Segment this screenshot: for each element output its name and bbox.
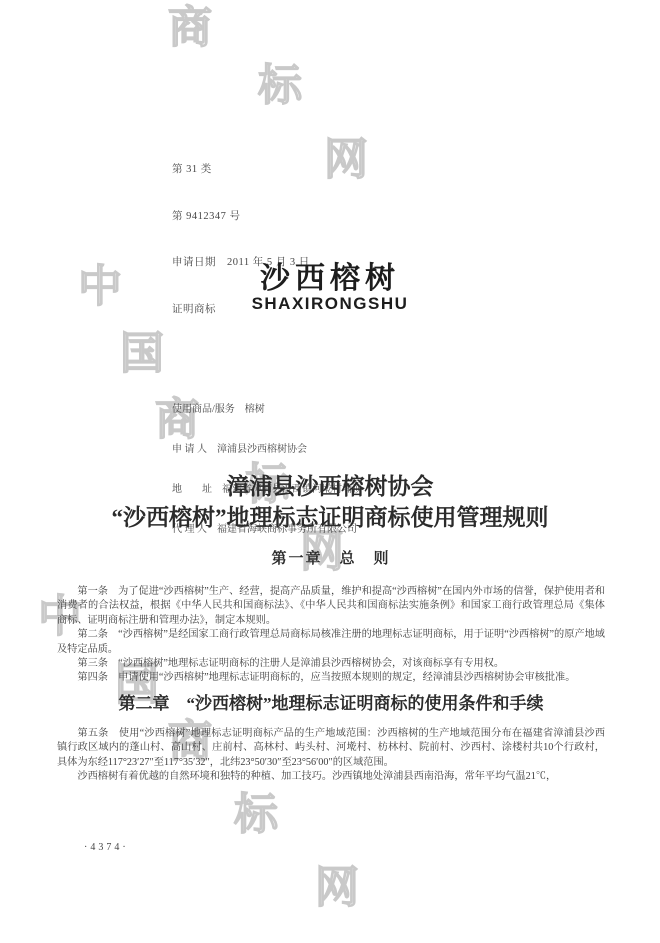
watermark-char: 国 [120, 330, 164, 378]
article-paragraph: 第二条 “沙西榕树”是经国家工商行政管理总局商标局核准注册的地理标志证明商标，用… [57, 628, 605, 657]
applicant-info: 使用商品/服务 榕树 申 请 人 漳浦县沙西榕树协会 地 址 福建省漳浦县沙西镇… [172, 376, 362, 564]
watermark-char: 标 [234, 791, 278, 839]
chapter-1-heading: 第一章 总 则 [57, 551, 605, 568]
class-line: 第 31 类 [172, 162, 310, 178]
page-number: ·4374· [84, 842, 129, 853]
goods-services-line: 使用商品/服务 榕树 [172, 403, 362, 416]
article-paragraph: 沙西榕树有着优越的自然环境和独特的种植、加工技巧。沙西镇地处漳浦县西南沿海，常年… [57, 770, 605, 784]
watermark-char: 商 [168, 4, 212, 52]
title-line-1: 漳浦县沙西榕树协会 [0, 471, 660, 502]
trademark-logo-chinese: 沙西榕树 [0, 253, 660, 297]
watermark-char: 网 [324, 136, 368, 184]
chapter-2-heading: 第二章 “沙西榕树”地理标志证明商标的使用条件和手续 [57, 693, 605, 714]
watermark-char: 网 [315, 864, 359, 912]
document-body: 第一章 总 则 第一条 为了促进“沙西榕树”生产、经营，提高产品质量，维护和提高… [57, 551, 605, 784]
applicant-line: 申 请 人 漳浦县沙西榕树协会 [172, 443, 362, 456]
article-paragraph: 第三条 “沙西榕树”地理标志证明商标的注册人是漳浦县沙西榕树协会，对该商标享有专… [57, 657, 605, 671]
article-paragraph: 第一条 为了促进“沙西榕树”生产、经营，提高产品质量，维护和提高“沙西榕树”在国… [57, 585, 605, 628]
document-title: 漳浦县沙西榕树协会 “沙西榕树”地理标志证明商标使用管理规则 [0, 471, 660, 533]
registration-meta: 第 31 类 第 9412347 号 申请日期 2011 年 5 月 3 日 证… [172, 131, 310, 348]
article-paragraph: 第四条 申请使用“沙西榕树”地理标志证明商标的，应当按照本规则的规定，经漳浦县沙… [57, 671, 605, 685]
document-page: 商 标 网 中 国 商 标 网 中 国 商 标 网 第 31 类 第 94123… [0, 0, 660, 943]
registration-number-line: 第 9412347 号 [172, 209, 310, 225]
article-paragraph: 第五条 使用“沙西榕树”地理标志证明商标产品的生产地域范围：沙西榕树的生产地域范… [57, 727, 605, 770]
watermark-char: 标 [258, 62, 302, 110]
trademark-logo-pinyin: SHAXIRONGSHU [0, 294, 660, 314]
title-line-2: “沙西榕树”地理标志证明商标使用管理规则 [0, 502, 660, 533]
